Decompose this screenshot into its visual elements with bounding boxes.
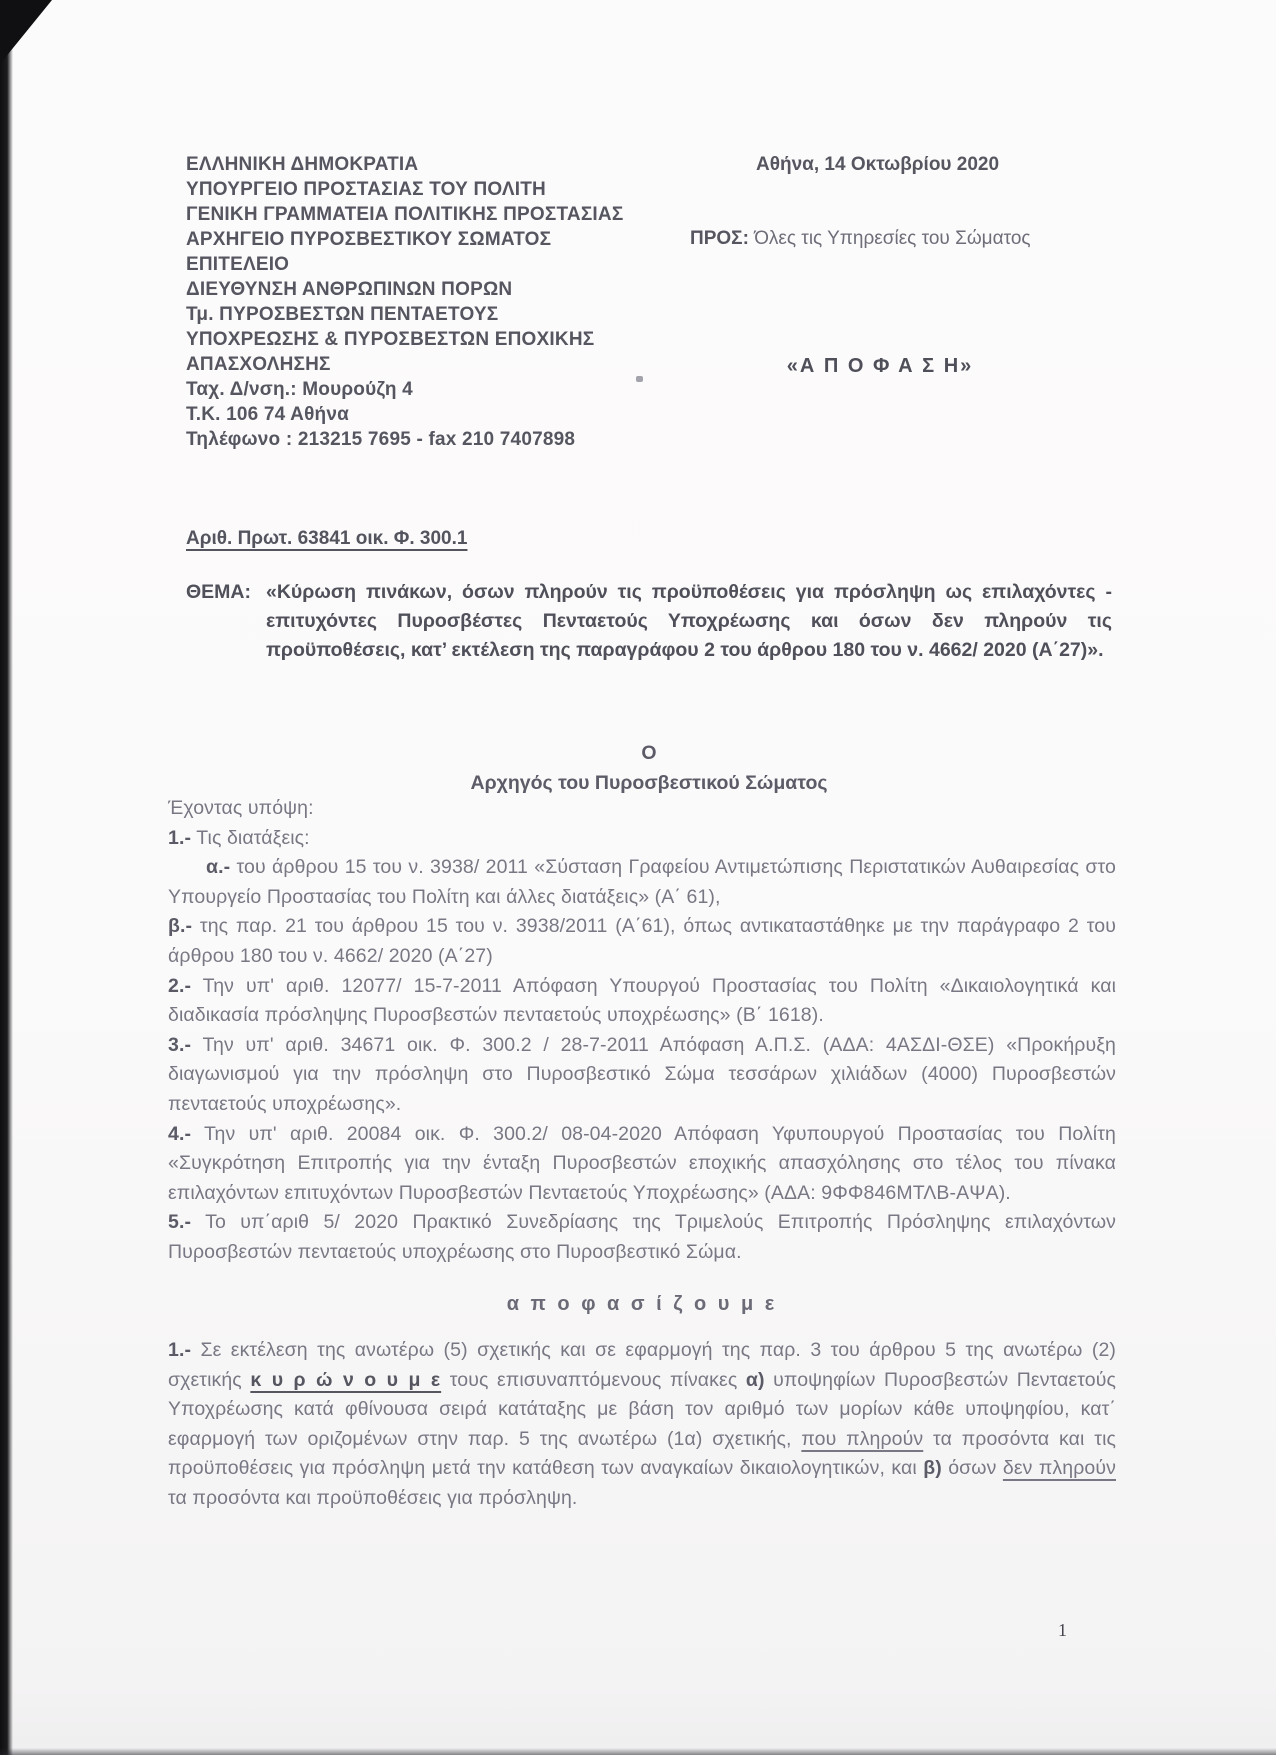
operative-paragraph: 1.- Σε εκτέλεση της ανωτέρω (5) σχετικής…: [168, 1336, 1116, 1514]
ratify-keyword: κ υ ρ ώ ν ο υ μ ε: [250, 1369, 441, 1391]
item-text: Την υπ' αριθ. 20084 οικ. Φ. 300.2/ 08-04…: [168, 1123, 1116, 1204]
preamble-item-5: 5.- Το υπ΄αριθ 5/ 2020 Πρακτικό Συνεδρία…: [168, 1208, 1116, 1267]
issuing-authority: Ο Αρχηγός του Πυροσβεστικού Σώματος: [186, 738, 1112, 798]
scan-corner-artifact: [0, 0, 52, 64]
recipient-line: ΠΡΟΣ: Όλες τις Υπηρεσίες του Σώματος: [690, 228, 1031, 250]
scan-edge-artifact-left: [0, 0, 13, 1755]
operative-text: τους επισυναπτόμενους πίνακες: [450, 1369, 746, 1391]
document-date: Αθήνα, 14 Οκτωβρίου 2020: [756, 154, 999, 176]
preamble-item-4: 4.- Την υπ' αριθ. 20084 οικ. Φ. 300.2/ 0…: [168, 1120, 1116, 1209]
scanned-document-page: ΕΛΛΗΝΙΚΗ ΔΗΜΟΚΡΑΤΙΑ ΥΠΟΥΡΓΕΙΟ ΠΡΟΣΤΑΣΙΑΣ…: [0, 0, 1276, 1755]
list-marker-a: α): [746, 1369, 765, 1391]
preamble-item-3: 3.- Την υπ' αριθ. 34671 οικ. Φ. 300.2 / …: [168, 1031, 1116, 1120]
sender-line: ΕΛΛΗΝΙΚΗ ΔΗΜΟΚΡΑΤΙΑ: [186, 152, 623, 177]
item-number: 4.-: [168, 1123, 191, 1145]
sender-line: ΑΠΑΣΧΟΛΗΣΗΣ: [186, 352, 623, 377]
sender-line: ΕΠΙΤΕΛΕΙΟ: [186, 252, 623, 277]
protocol-number: Αριθ. Πρωτ. 63841 οικ. Φ. 300.1: [186, 528, 467, 550]
sender-line: ΥΠΟΧΡΕΩΣΗΣ & ΠΥΡΟΣΒΕΣΤΩΝ ΕΠΟΧΙΚΗΣ: [186, 327, 623, 352]
item-text: Τις διατάξεις:: [196, 827, 309, 849]
item-text: της παρ. 21 του άρθρου 15 του ν. 3938/20…: [168, 915, 1116, 967]
recipient-label: ΠΡΟΣ:: [690, 228, 749, 249]
item-number: 1.-: [168, 827, 191, 849]
sender-line: Τμ. ΠΥΡΟΣΒΕΣΤΩΝ ΠΕΝΤΑΕΤΟΥΣ: [186, 302, 623, 327]
recipient-value: Όλες τις Υπηρεσίες του Σώματος: [754, 228, 1030, 249]
preamble-intro: Έχοντας υπόψη:: [168, 794, 1116, 824]
item-number: 3.-: [168, 1034, 191, 1056]
scan-edge-artifact-bottom: [0, 1748, 1276, 1755]
item-number: 5.-: [168, 1211, 191, 1233]
page-number: 1: [1058, 1620, 1067, 1641]
item-number: β.-: [168, 915, 192, 937]
sender-postcode-line: Τ.Κ. 106 74 Αθήνα: [186, 402, 623, 427]
document-body: Έχοντας υπόψη: 1.- Τις διατάξεις: α.- το…: [168, 794, 1116, 1514]
item-number: α.-: [206, 856, 230, 878]
subject-label: ΘΕΜΑ:: [186, 578, 251, 607]
authority-article: Ο: [186, 738, 1112, 768]
operative-text: όσων: [948, 1457, 1003, 1479]
sender-phone-line: Τηλέφωνο : 213215 7695 - fax 210 7407898: [186, 427, 623, 452]
preamble-item-1b: β.- της παρ. 21 του άρθρου 15 του ν. 393…: [168, 912, 1116, 971]
underlined-phrase: δεν πληρούν: [1003, 1457, 1116, 1479]
list-marker-b: β): [923, 1457, 942, 1479]
sender-line: ΓΕΝΙΚΗ ΓΡΑΜΜΑΤΕΙΑ ΠΟΛΙΤΙΚΗΣ ΠΡΟΣΤΑΣΙΑΣ: [186, 202, 623, 227]
item-text: του άρθρου 15 του ν. 3938/ 2011 «Σύσταση…: [168, 856, 1116, 908]
item-number: 1.-: [168, 1339, 191, 1361]
subject-text: «Κύρωση πινάκων, όσων πληρούν τις προϋπο…: [266, 581, 1112, 661]
sender-address-line: Ταχ. Δ/νση.: Μουρούζη 4: [186, 377, 623, 402]
item-text: Την υπ' αριθ. 34671 οικ. Φ. 300.2 / 28-7…: [168, 1034, 1116, 1115]
preamble-item-1a: α.- του άρθρου 15 του ν. 3938/ 2011 «Σύσ…: [168, 853, 1116, 912]
subject-paragraph: ΘΕΜΑ: «Κύρωση πινάκων, όσων πληρούν τις …: [186, 578, 1112, 665]
item-number: 2.-: [168, 975, 191, 997]
item-text: Την υπ' αριθ. 12077/ 15-7-2011 Απόφαση Υ…: [168, 975, 1116, 1027]
scan-speck-artifact: [636, 376, 643, 382]
operative-text: τα προσόντα και προϋποθέσεις για πρόσληψ…: [168, 1487, 577, 1509]
sender-block: ΕΛΛΗΝΙΚΗ ΔΗΜΟΚΡΑΤΙΑ ΥΠΟΥΡΓΕΙΟ ΠΡΟΣΤΑΣΙΑΣ…: [186, 152, 623, 452]
sender-line: ΑΡΧΗΓΕΙΟ ΠΥΡΟΣΒΕΣΤΙΚΟΥ ΣΩΜΑΤΟΣ: [186, 227, 623, 252]
sender-line: ΥΠΟΥΡΓΕΙΟ ΠΡΟΣΤΑΣΙΑΣ ΤΟΥ ΠΟΛΙΤΗ: [186, 177, 623, 202]
underlined-phrase: που πληρούν: [801, 1428, 923, 1450]
item-text: Το υπ΄αριθ 5/ 2020 Πρακτικό Συνεδρίασης …: [168, 1211, 1116, 1263]
decide-heading: α π ο φ α σ ί ζ ο υ μ ε: [168, 1290, 1116, 1320]
sender-line: ΔΙΕΥΘΥΝΣΗ ΑΝΘΡΩΠΙΝΩΝ ΠΟΡΩΝ: [186, 277, 623, 302]
preamble-item-1: 1.- Τις διατάξεις:: [168, 824, 1116, 854]
decision-title: «Α Π Ο Φ Α Σ Η»: [700, 355, 1060, 378]
preamble-item-2: 2.- Την υπ' αριθ. 12077/ 15-7-2011 Απόφα…: [168, 972, 1116, 1031]
